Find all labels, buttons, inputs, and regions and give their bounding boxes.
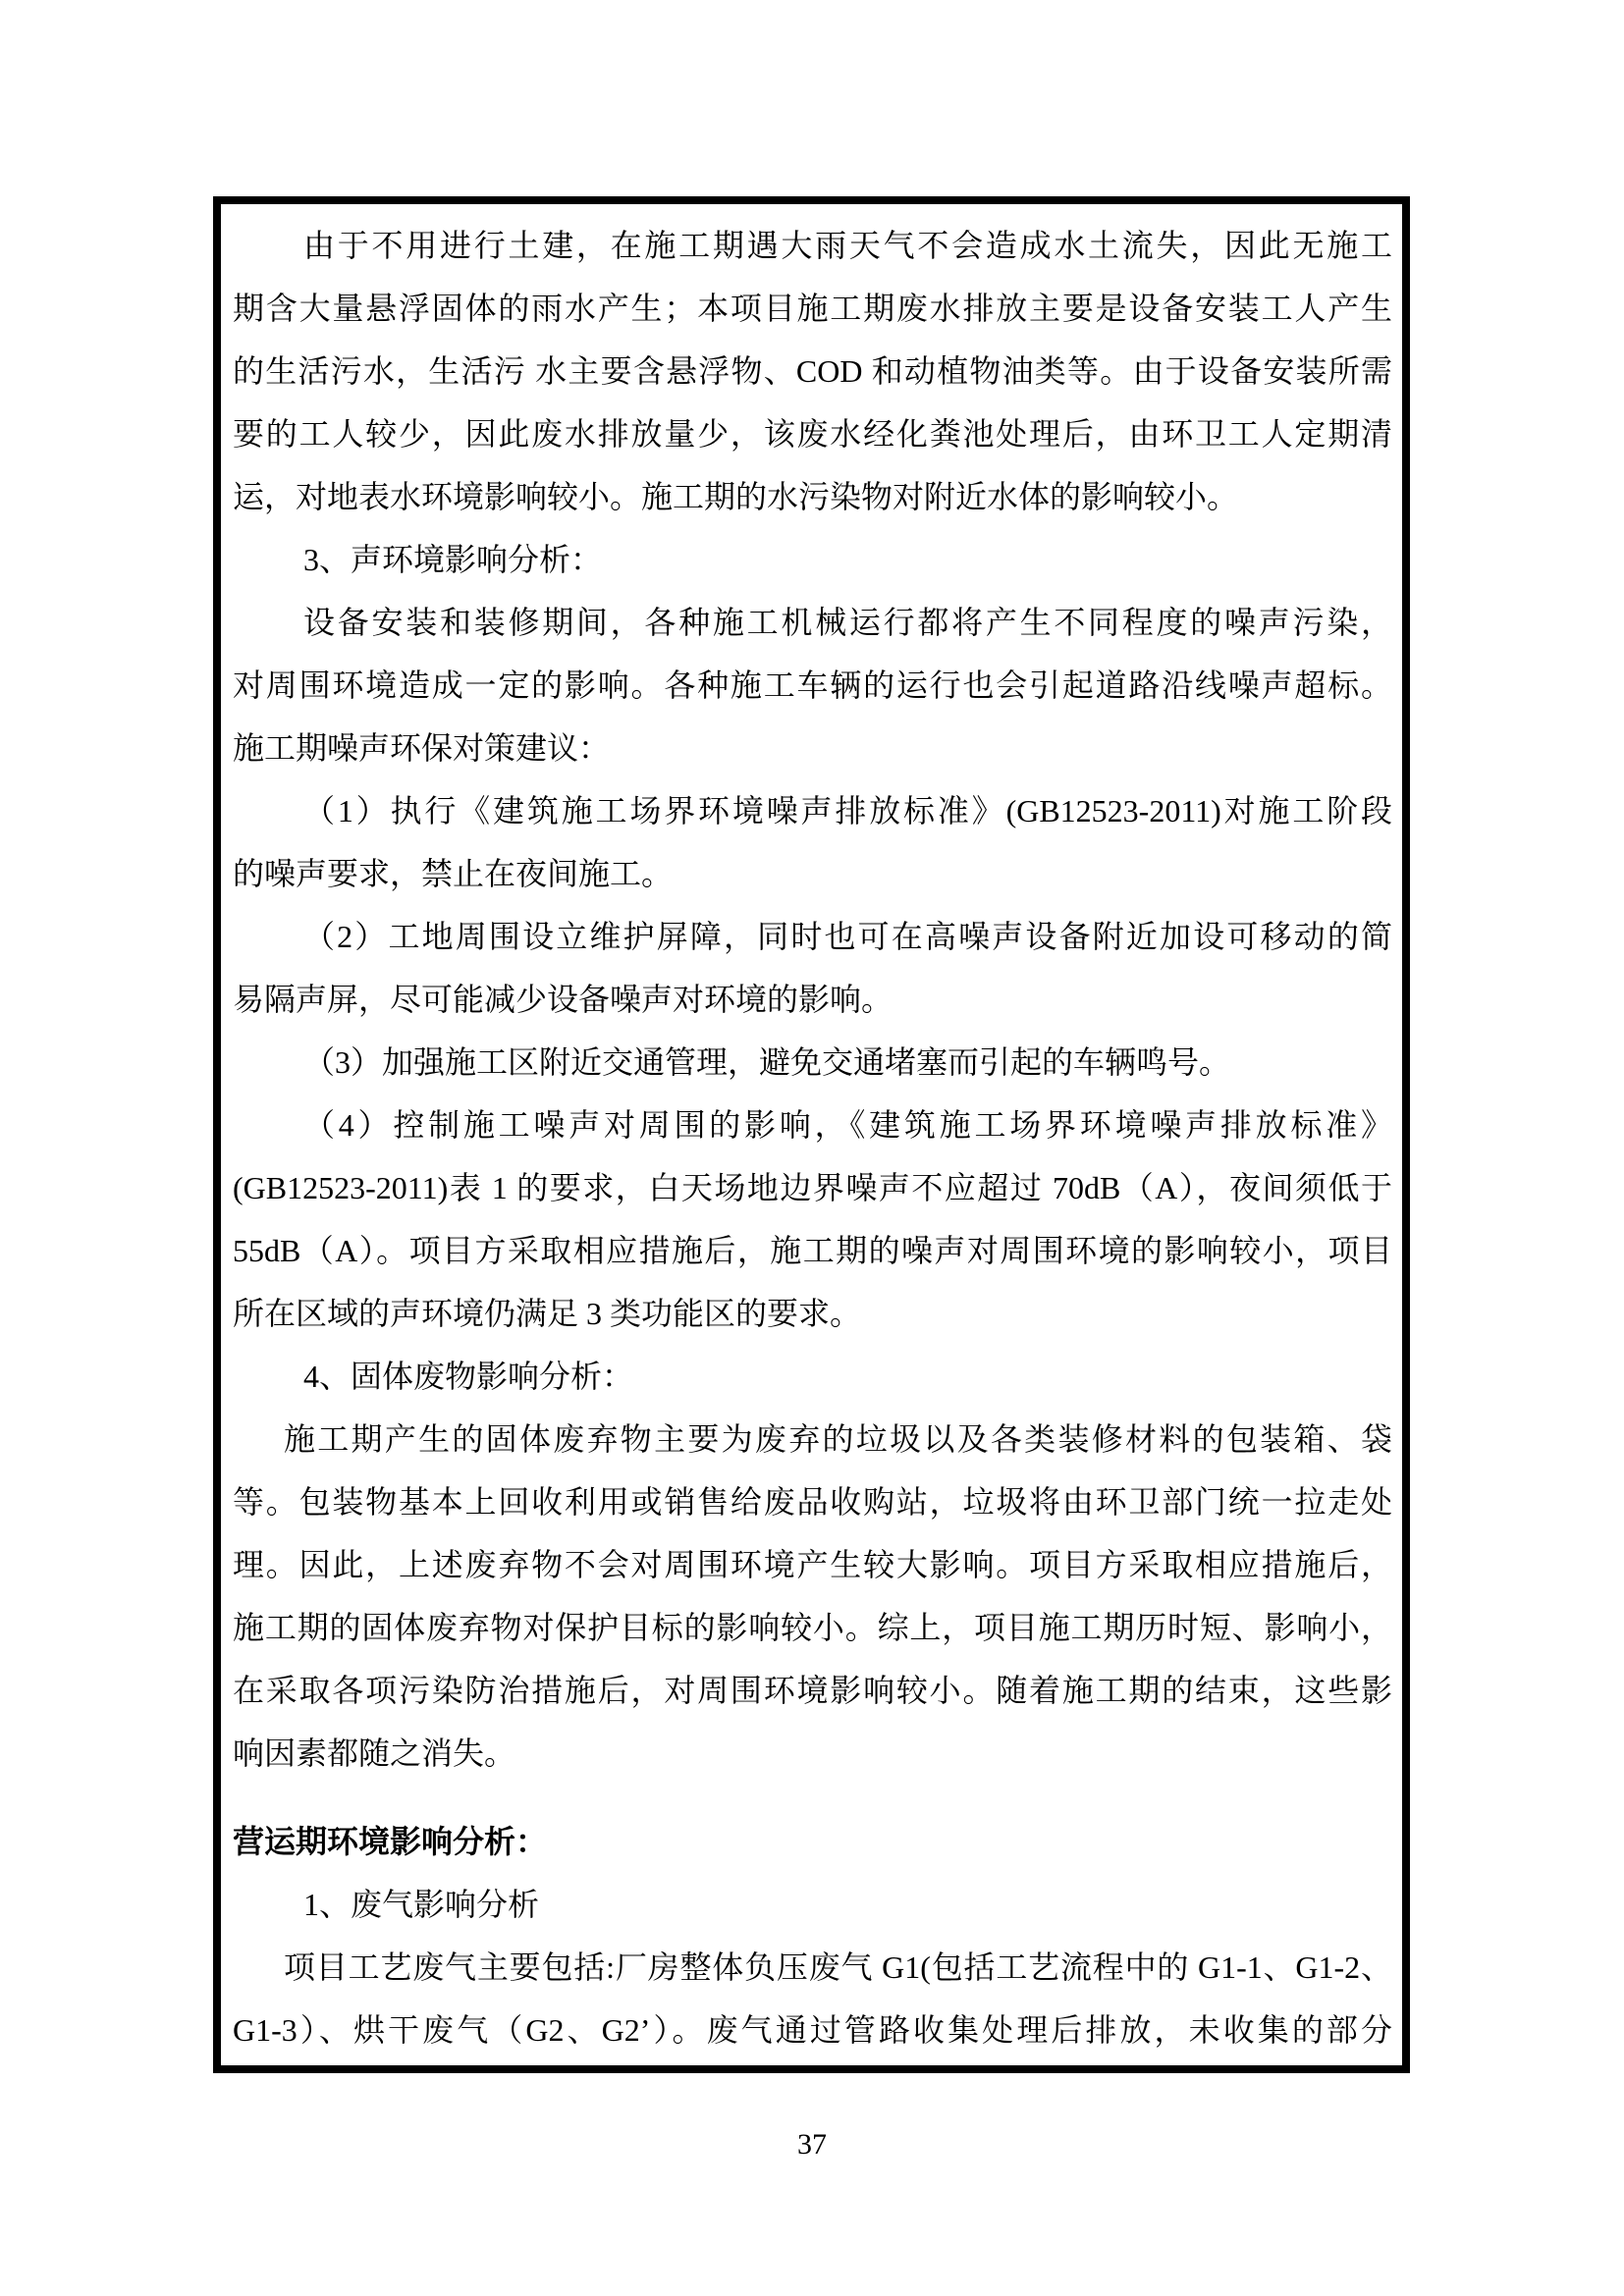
text-line: 在采取各项污染防治措施后，对周围环境影响较小。随着施工期的结束，这些影 — [233, 1659, 1392, 1722]
page-number: 37 — [0, 2128, 1624, 2162]
text-line: 要的工人较少，因此废水排放量少，该废水经化粪池处理后，由环卫工人定期清 — [233, 402, 1392, 465]
text-line: 响因素都随之消失。 — [233, 1722, 1392, 1785]
text-line: 运，对地表水环境影响较小。施工期的水污染物对附近水体的影响较小。 — [233, 465, 1392, 528]
text-line: （2）工地周围设立维护屏障，同时也可在高噪声设备附近加设可移动的简 — [233, 905, 1392, 968]
text-line: （3）加强施工区附近交通管理，避免交通堵塞而引起的车辆鸣号。 — [233, 1031, 1392, 1094]
text-line: 理。因此，上述废弃物不会对周围环境产生较大影响。项目方采取相应措施后， — [233, 1533, 1392, 1596]
text-line: 的生活污水，生活污 水主要含悬浮物、COD 和动植物油类等。由于设备安装所需 — [233, 340, 1392, 402]
text-line: 施工期产生的固体废弃物主要为废弃的垃圾以及各类装修材料的包装箱、袋 — [233, 1408, 1392, 1470]
section-heading: 营运期环境影响分析： — [233, 1810, 1392, 1873]
text-line: G1-3）、烘干废气（G2、G2’）。废气通过管路收集处理后排放，未收集的部分 — [233, 1999, 1392, 2061]
text-line: 4、固体废物影响分析： — [233, 1345, 1392, 1408]
text-line: 由于不用进行土建，在施工期遇大雨天气不会造成水土流失，因此无施工 — [233, 214, 1392, 277]
text-line: 施工期的固体废弃物对保护目标的影响较小。综上，项目施工期历时短、影响小， — [233, 1596, 1392, 1659]
text-line: 期含大量悬浮固体的雨水产生；本项目施工期废水排放主要是设备安装工人产生 — [233, 277, 1392, 340]
text-line: （4）控制施工噪声对周围的影响，《建筑施工场界环境噪声排放标准》 — [233, 1094, 1392, 1156]
text-line: 对周围环境造成一定的影响。各种施工车辆的运行也会引起道路沿线噪声超标。 — [233, 654, 1392, 717]
text-line: 施工期噪声环保对策建议： — [233, 717, 1392, 779]
document-page: 由于不用进行土建，在施工期遇大雨天气不会造成水土流失，因此无施工期含大量悬浮固体… — [0, 0, 1624, 2296]
text-line: 设备安装和装修期间，各种施工机械运行都将产生不同程度的噪声污染， — [233, 591, 1392, 654]
text-line: 3、声环境影响分析： — [233, 528, 1392, 591]
text-line: 55dB（A）。项目方采取相应措施后，施工期的噪声对周围环境的影响较小，项目 — [233, 1219, 1392, 1282]
text-line: 项目工艺废气主要包括:厂房整体负压废气 G1(包括工艺流程中的 G1-1、G1-… — [233, 1936, 1392, 1999]
text-line: 的噪声要求，禁止在夜间施工。 — [233, 842, 1392, 905]
text-line: （1）执行《建筑施工场界环境噪声排放标准》(GB12523-2011)对施工阶段 — [233, 779, 1392, 842]
text-line: 1、废气影响分析 — [233, 1873, 1392, 1936]
document-content-cell: 由于不用进行土建，在施工期遇大雨天气不会造成水土流失，因此无施工期含大量悬浮固体… — [213, 196, 1410, 2073]
text-line: 易隔声屏，尽可能减少设备噪声对环境的影响。 — [233, 968, 1392, 1031]
text-line: 等。包装物基本上回收利用或销售给废品收购站，垃圾将由环卫部门统一拉走处 — [233, 1470, 1392, 1533]
text-line: 所在区域的声环境仍满足 3 类功能区的要求。 — [233, 1282, 1392, 1345]
text-line: (GB12523-2011)表 1 的要求，白天场地边界噪声不应超过 70dB（… — [233, 1156, 1392, 1219]
